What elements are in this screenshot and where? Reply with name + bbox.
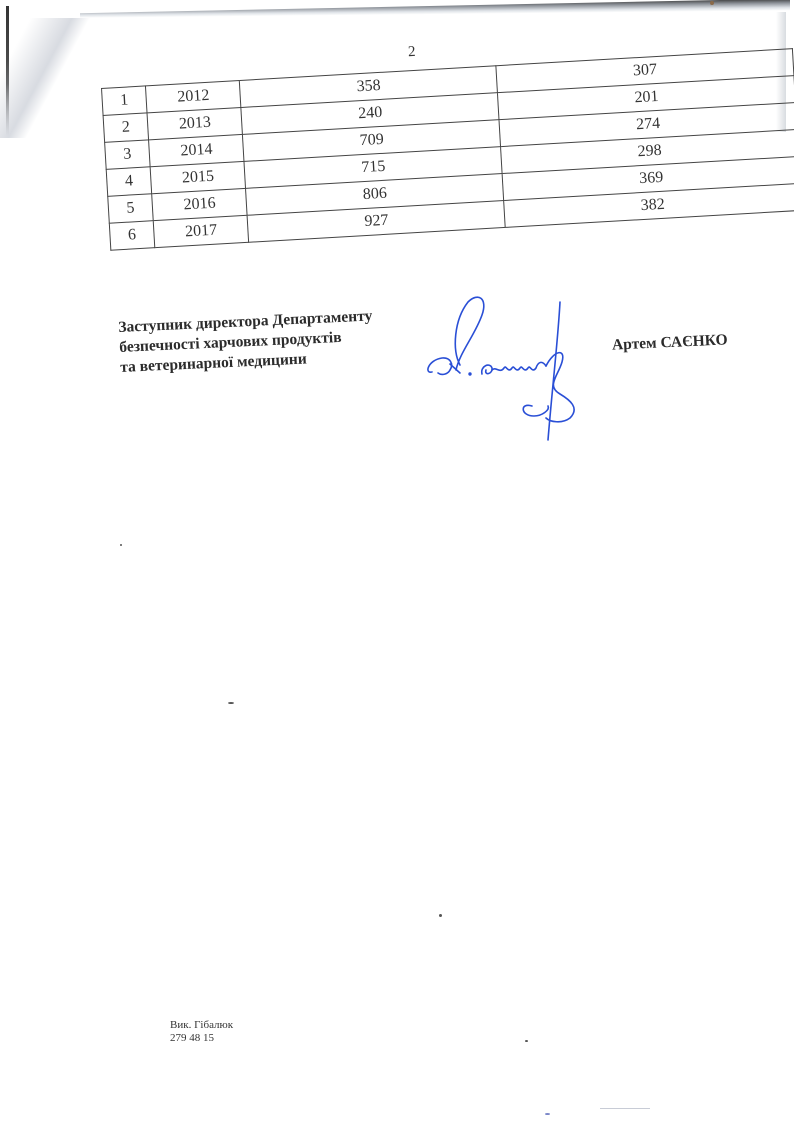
scan-speck [600, 1108, 650, 1109]
row-number-cell: 5 [108, 194, 154, 223]
executor-name: Вик. Гібалюк [170, 1019, 233, 1032]
row-number-cell: 4 [106, 167, 152, 196]
scan-speck [525, 1040, 528, 1042]
row-number-cell: 2 [103, 113, 149, 142]
data-table-container: 1201235830722013240201320147092744201571… [101, 48, 794, 251]
signatory-name: Артем САЄНКО [612, 331, 728, 354]
executor-info: Вик. Гібалюк 279 48 15 [170, 1019, 233, 1045]
scan-speck [439, 914, 442, 917]
scan-folded-corner [0, 18, 90, 138]
row-number-cell: 1 [102, 86, 148, 115]
year-cell: 2017 [153, 215, 249, 247]
data-table: 1201235830722013240201320147092744201571… [101, 48, 794, 251]
row-number-cell: 6 [109, 221, 155, 250]
page-number: 2 [408, 44, 416, 61]
signatory-title: Заступник директора Департаменту безпечн… [118, 306, 375, 377]
scan-speck [545, 1113, 550, 1115]
scan-speck [228, 702, 234, 704]
handwritten-signature [420, 290, 620, 450]
executor-phone: 279 48 15 [170, 1032, 233, 1045]
row-number-cell: 3 [105, 140, 151, 169]
scan-speck [710, 1, 714, 5]
scan-speck [120, 544, 122, 546]
